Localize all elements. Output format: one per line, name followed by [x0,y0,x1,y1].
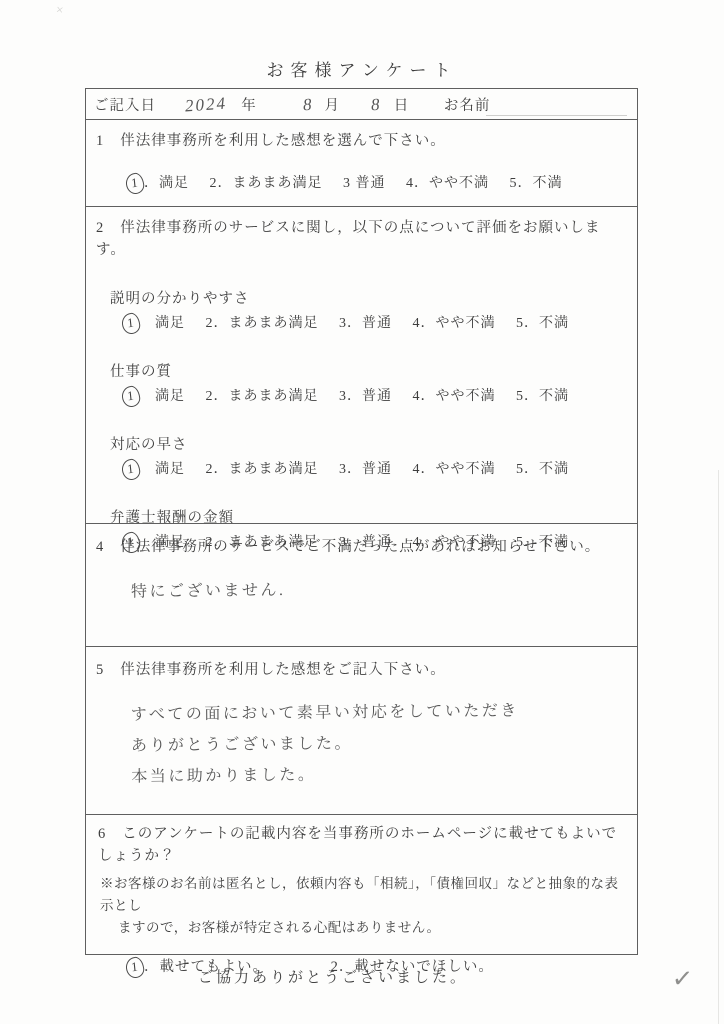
note-line: ※お客様のお名前は匿名とし，依頼内容も「相続」，「債権回収」などと抽象的な表示と… [100,873,625,917]
option-dissatisfied: 5．不満 [516,458,569,478]
corner-x-mark-icon: × [55,2,64,19]
question-1-section: 1伴法律事務所を利用した感想を選んで下さい。 1．満足 2．まあまあ満足 3 普… [86,119,637,206]
scanned-survey-document: × お客様アンケート ご記入日 2024 年 8 月 8 日 お名前 1伴法律事… [0,0,724,1024]
date-name-row: ご記入日 2024 年 8 月 8 日 お名前 [86,89,637,119]
option-fairly-satisfied: 2．まあまあ満足 [206,385,319,405]
question-4-number: 4 [96,536,104,558]
option-fairly-satisfied: 2．まあまあ満足 [206,312,319,332]
name-blank-underline [486,115,627,116]
question-2-text: 伴法律事務所のサービスに関し，以下の点について評価をお願いします。 [96,220,600,258]
page-title: お客様アンケート [0,56,724,81]
circled-answer-mark: 1 [121,458,141,481]
month-unit-label: 月 [325,94,341,115]
option-somewhat-dissatisfied: 4．やや不満 [413,312,496,332]
option-somewhat-dissatisfied: 4．やや不満 [406,172,489,192]
option-neutral: 3．普通 [339,312,392,332]
question-4-section: 4伴法律事務所のサービスでご不満だった点があればお知らせ下さい。 特にございませ… [86,523,637,646]
question-6-text: このアンケートの記載内容を当事務所のホームページに載せてもよいでしょうか？ [98,826,617,864]
question-1-text: 伴法律事務所を利用した感想を選んで下さい。 [120,133,446,149]
circled-answer-mark: 1 [121,385,141,408]
option-fairly-satisfied: 2．まあまあ満足 [206,458,319,478]
rating-item-work-quality: 仕事の質 1 満足 2．まあまあ満足 3．普通 4．やや不満 5．不満 [110,360,625,407]
checkmark-icon: ✓ [671,963,694,993]
question-5-handwritten-answer: すべての面において素早い対応をしていただき ありがとうございました。 本当に助か… [131,694,626,792]
handwritten-line: ありがとうございました。 [131,725,625,761]
option-fairly-satisfied: 2．まあまあ満足 [210,172,323,192]
date-label: ご記入日 [94,94,156,115]
year-unit-label: 年 [241,94,257,115]
option-satisfied-selected: 1 満足 [122,385,185,407]
option-satisfied-selected: 1 満足 [122,312,185,334]
question-5-section: 5伴法律事務所を利用した感想をご記入下さい。 すべての面において素早い対応をして… [86,646,637,814]
question-2-section: 2伴法律事務所のサービスに関し，以下の点について評価をお願いします。 説明の分か… [86,206,637,523]
question-2-number: 2 [96,217,104,239]
scan-edge-artifact [718,470,719,1024]
option-neutral: 3．普通 [339,385,392,405]
year-value-handwritten: 2024 [184,94,227,117]
name-label: お名前 [444,94,491,115]
survey-form: ご記入日 2024 年 8 月 8 日 お名前 1伴法律事務所を利用した感想を選… [85,88,638,955]
question-6-note: ※お客様のお名前は匿名とし，依頼内容も「相続」，「債権回収」などと抽象的な表示と… [100,873,625,939]
day-unit-label: 日 [394,94,410,115]
option-dissatisfied: 5．不満 [510,172,563,192]
option-dissatisfied: 5．不満 [516,312,569,332]
question-5-text: 伴法律事務所を利用した感想をご記入下さい。 [120,662,446,678]
question-1-number: 1 [96,130,104,152]
question-1-options: 1．満足 2．まあまあ満足 3 普通 4．やや不満 5．不満 [126,172,625,194]
rating-item-label: 対応の早さ [110,433,625,454]
option-satisfied-selected: 1．満足 [126,172,189,194]
closing-thanks-text: ご協力ありがとうございました。 [0,966,666,987]
option-neutral: 3 普通 [343,172,386,192]
question-6-number: 6 [98,823,106,845]
circled-answer-mark: 1 [125,172,145,195]
handwritten-line: 本当に助かりました。 [131,756,625,792]
question-4-text: 伴法律事務所のサービスでご不満だった点があればお知らせ下さい。 [120,539,600,555]
rating-item-label: 仕事の質 [110,360,625,381]
rating-item-response-speed: 対応の早さ 1 満足 2．まあまあ満足 3．普通 4．やや不満 5．不満 [110,433,625,480]
option-dissatisfied: 5．不満 [516,385,569,405]
month-value-handwritten: 8 [303,95,315,116]
option-somewhat-dissatisfied: 4．やや不満 [413,458,496,478]
handwritten-line: すべての面において素早い対応をしていただき [131,694,625,730]
option-somewhat-dissatisfied: 4．やや不満 [413,385,496,405]
question-5-number: 5 [96,659,104,681]
note-line: ますので，お客様が特定される心配はありません。 [118,917,625,939]
rating-item-options: 1 満足 2．まあまあ満足 3．普通 4．やや不満 5．不満 [122,312,625,334]
rating-item-label: 説明の分かりやすさ [110,287,625,308]
circled-answer-mark: 1 [121,312,141,335]
rating-item-options: 1 満足 2．まあまあ満足 3．普通 4．やや不満 5．不満 [122,385,625,407]
question-4-handwritten-answer: 特にございません. [131,571,625,607]
rating-item-options: 1 満足 2．まあまあ満足 3．普通 4．やや不満 5．不満 [122,458,625,480]
question-6-section: 6このアンケートの記載内容を当事務所のホームページに載せてもよいでしょうか？ ※… [86,814,637,956]
option-neutral: 3．普通 [339,458,392,478]
option-satisfied-selected: 1 満足 [122,458,185,480]
rating-item-clarity: 説明の分かりやすさ 1 満足 2．まあまあ満足 3．普通 4．やや不満 5．不満 [110,287,625,334]
day-value-handwritten: 8 [370,95,382,116]
